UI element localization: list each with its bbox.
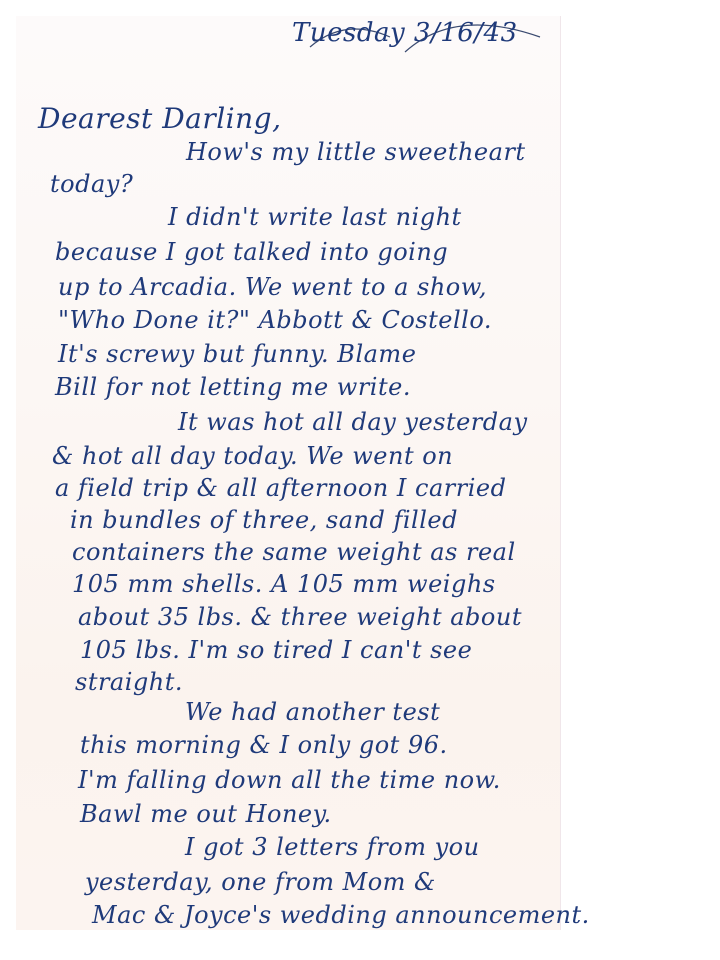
letter-line: It's screwy but funny. Blame	[58, 342, 416, 366]
letter-line: a field trip & all afternoon I carried	[55, 476, 506, 500]
letter-line: & hot all day today. We went on	[52, 444, 453, 468]
letter-line: straight.	[75, 670, 183, 694]
letter-line: Bill for not letting me write.	[55, 375, 411, 399]
letter-line: yesterday, one from Mom &	[85, 870, 436, 894]
letter-line: this morning & I only got 96.	[80, 733, 448, 757]
letter-line: about 35 lbs. & three weight about	[78, 605, 522, 629]
letter-line: Bawl me out Honey.	[80, 802, 332, 826]
letter-line: I didn't write last night	[168, 205, 462, 229]
letter-line: 105 lbs. I'm so tired I can't see	[80, 638, 472, 662]
letter-line: in bundles of three, sand filled	[70, 508, 458, 532]
letter-line: 105 mm shells. A 105 mm weighs	[72, 572, 496, 596]
letter-line: It was hot all day yesterday	[178, 410, 528, 434]
letter-line: "Who Done it?" Abbott & Costello.	[58, 308, 492, 332]
letter-line: How's my little sweetheart	[186, 140, 526, 164]
letter-line: containers the same weight as real	[72, 540, 516, 564]
letter-date: Tuesday 3/16/43	[292, 20, 518, 46]
letter-line: Mac & Joyce's wedding announcement.	[92, 903, 590, 927]
letter-line: We had another test	[185, 700, 440, 724]
letter-line: I got 3 letters from you	[185, 835, 480, 859]
letter-line: up to Arcadia. We went to a show,	[58, 275, 487, 299]
letter-line: because I got talked into going	[55, 240, 448, 264]
letter-line: I'm falling down all the time now.	[78, 768, 501, 792]
letter-line: today?	[50, 172, 133, 196]
letter-salutation: Dearest Darling,	[38, 105, 281, 133]
